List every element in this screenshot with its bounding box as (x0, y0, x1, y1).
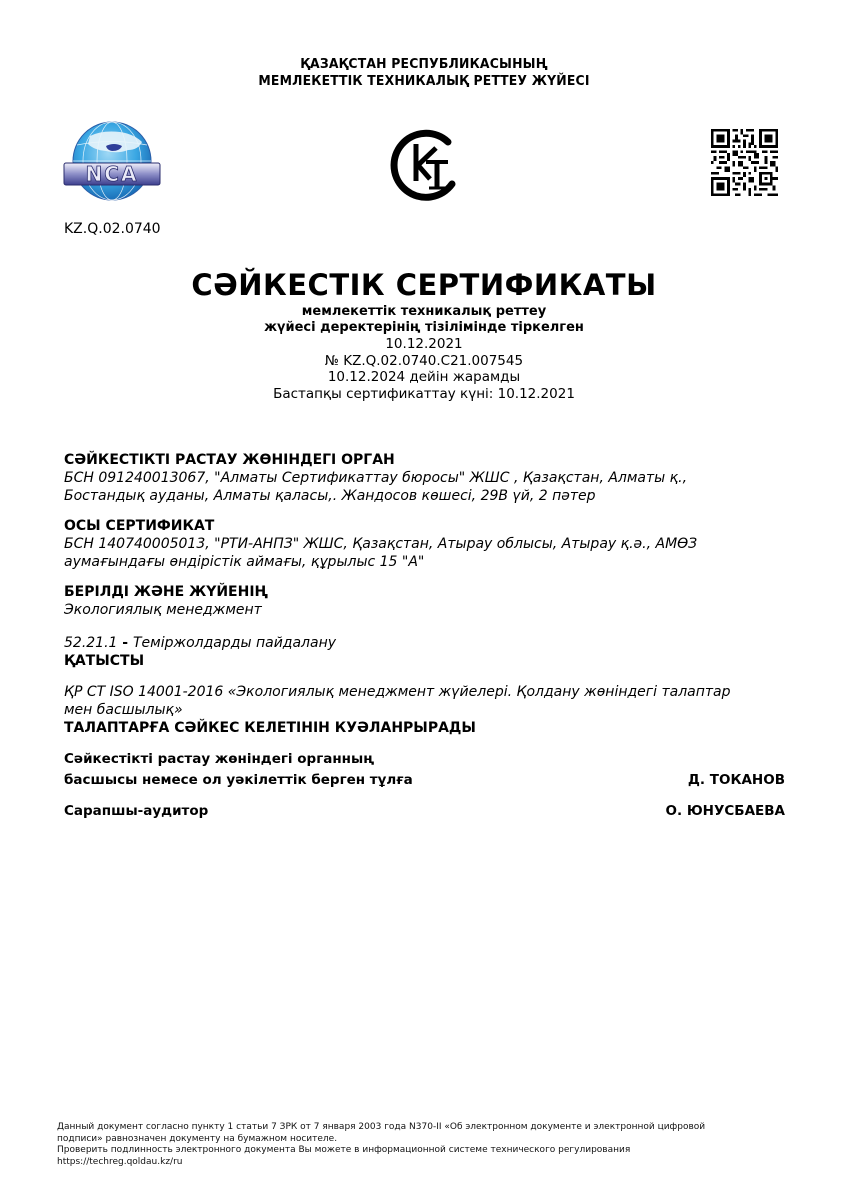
standard-line: мен басшылық» (64, 701, 794, 719)
certificate-title-block: СӘЙКЕСТІК СЕРТИФИКАТЫ мемлекеттік техник… (0, 266, 848, 402)
signatory-name: Д. ТОКАНОВ (688, 770, 785, 791)
section-standard: ҚР СТ ISO 14001-2016 «Экологиялық менедж… (64, 683, 794, 737)
svg-text:NCA: NCA (86, 162, 139, 186)
footer-line: Проверить подлинность электронного докум… (57, 1145, 777, 1157)
management-system: Экологиялық менеджмент (64, 601, 794, 619)
accreditation-code: KZ.Q.02.0740 (64, 221, 161, 237)
certificate-title: СӘЙКЕСТІК СЕРТИФИКАТЫ (0, 266, 848, 304)
header-line-1: ҚАЗАҚСТАН РЕСПУБЛИКАСЫНЫҢ (34, 56, 814, 73)
certificate-subtitle-1: мемлекеттік техникалық реттеу (0, 304, 848, 320)
section-line: аумағындағы өндірістік аймағы, құрылыс 1… (64, 553, 794, 571)
certificate-number: № KZ.Q.02.0740.C21.007545 (0, 353, 848, 370)
activity-separator: - (117, 635, 133, 651)
conformity-statement: ТАЛАПТАРҒА СӘЙКЕС КЕЛЕТІНІН КУӘЛАНРЫРАДЫ (64, 719, 794, 737)
kt-conformity-mark-icon (386, 124, 464, 202)
activity-line: 52.21.1 - Теміржолдарды пайдалану (64, 634, 794, 652)
signatory-role: басшысы немесе ол уәкілеттік берген тұлғ… (64, 770, 785, 791)
standard-line: ҚР СТ ISO 14001-2016 «Экологиялық менедж… (64, 683, 794, 701)
qr-code-icon[interactable] (711, 129, 778, 196)
activity-name: Теміржолдарды пайдалану (133, 635, 336, 651)
initial-certification-date: Бастапқы сертификаттау күні: 10.12.2021 (0, 386, 848, 403)
section-heading: БЕРІЛДІ ЖӘНЕ ЖҮЙЕНІҢ (64, 583, 794, 601)
section-line: Бостандық ауданы, Алматы қаласы,. Жандос… (64, 487, 794, 505)
footer-line: подписи» равнозначен документу на бумажн… (57, 1134, 777, 1146)
nca-globe-logo-icon: NCA (62, 120, 162, 202)
section-issued: БЕРІЛДІ ЖӘНЕ ЖҮЙЕНІҢ Экологиялық менеджм… (64, 583, 794, 670)
section-line: БСН 091240013067, "Алматы Сертификаттау … (64, 469, 794, 487)
section-line: БСН 140740005013, "РТИ-АНПЗ" ЖШС, Қазақс… (64, 535, 794, 553)
header-line-2: МЕМЛЕКЕТТІК ТЕХНИКАЛЫҚ РЕТТЕУ ЖҮЙЕСІ (34, 73, 814, 90)
valid-until: 10.12.2024 дейін жарамды (0, 369, 848, 386)
section-certificate-holder: ОСЫ СЕРТИФИКАТ БСН 140740005013, "РТИ-АН… (64, 517, 794, 571)
legal-footer: Данный документ согласно пункту 1 статьи… (57, 1122, 777, 1168)
signature-auditor: Сарапшы-аудитор О. ЮНУСБАЕВА (64, 801, 785, 822)
signatory-name: О. ЮНУСБАЕВА (666, 801, 785, 822)
issuing-authority-header: ҚАЗАҚСТАН РЕСПУБЛИКАСЫНЫҢ МЕМЛЕКЕТТІК ТЕ… (34, 56, 814, 90)
signatory-role: Сәйкестікті растау жөніндегі органның (64, 749, 785, 770)
registration-date: 10.12.2021 (0, 336, 848, 353)
relation-label: ҚАТЫСТЫ (64, 652, 794, 670)
verification-link[interactable]: https://techreg.qoldau.kz/ru (57, 1157, 777, 1169)
footer-line: Данный документ согласно пункту 1 статьи… (57, 1122, 777, 1134)
signature-head: Сәйкестікті растау жөніндегі органның ба… (64, 749, 785, 791)
section-conformity-body: СӘЙКЕСТІКТІ РАСТАУ ЖӨНІНДЕГІ ОРГАН БСН 0… (64, 451, 794, 505)
activity-code: 52.21.1 (64, 635, 117, 651)
certificate-subtitle-2: жүйесі деректерінің тізілімінде тіркелге… (0, 320, 848, 336)
section-heading: СӘЙКЕСТІКТІ РАСТАУ ЖӨНІНДЕГІ ОРГАН (64, 451, 794, 469)
section-heading: ОСЫ СЕРТИФИКАТ (64, 517, 794, 535)
